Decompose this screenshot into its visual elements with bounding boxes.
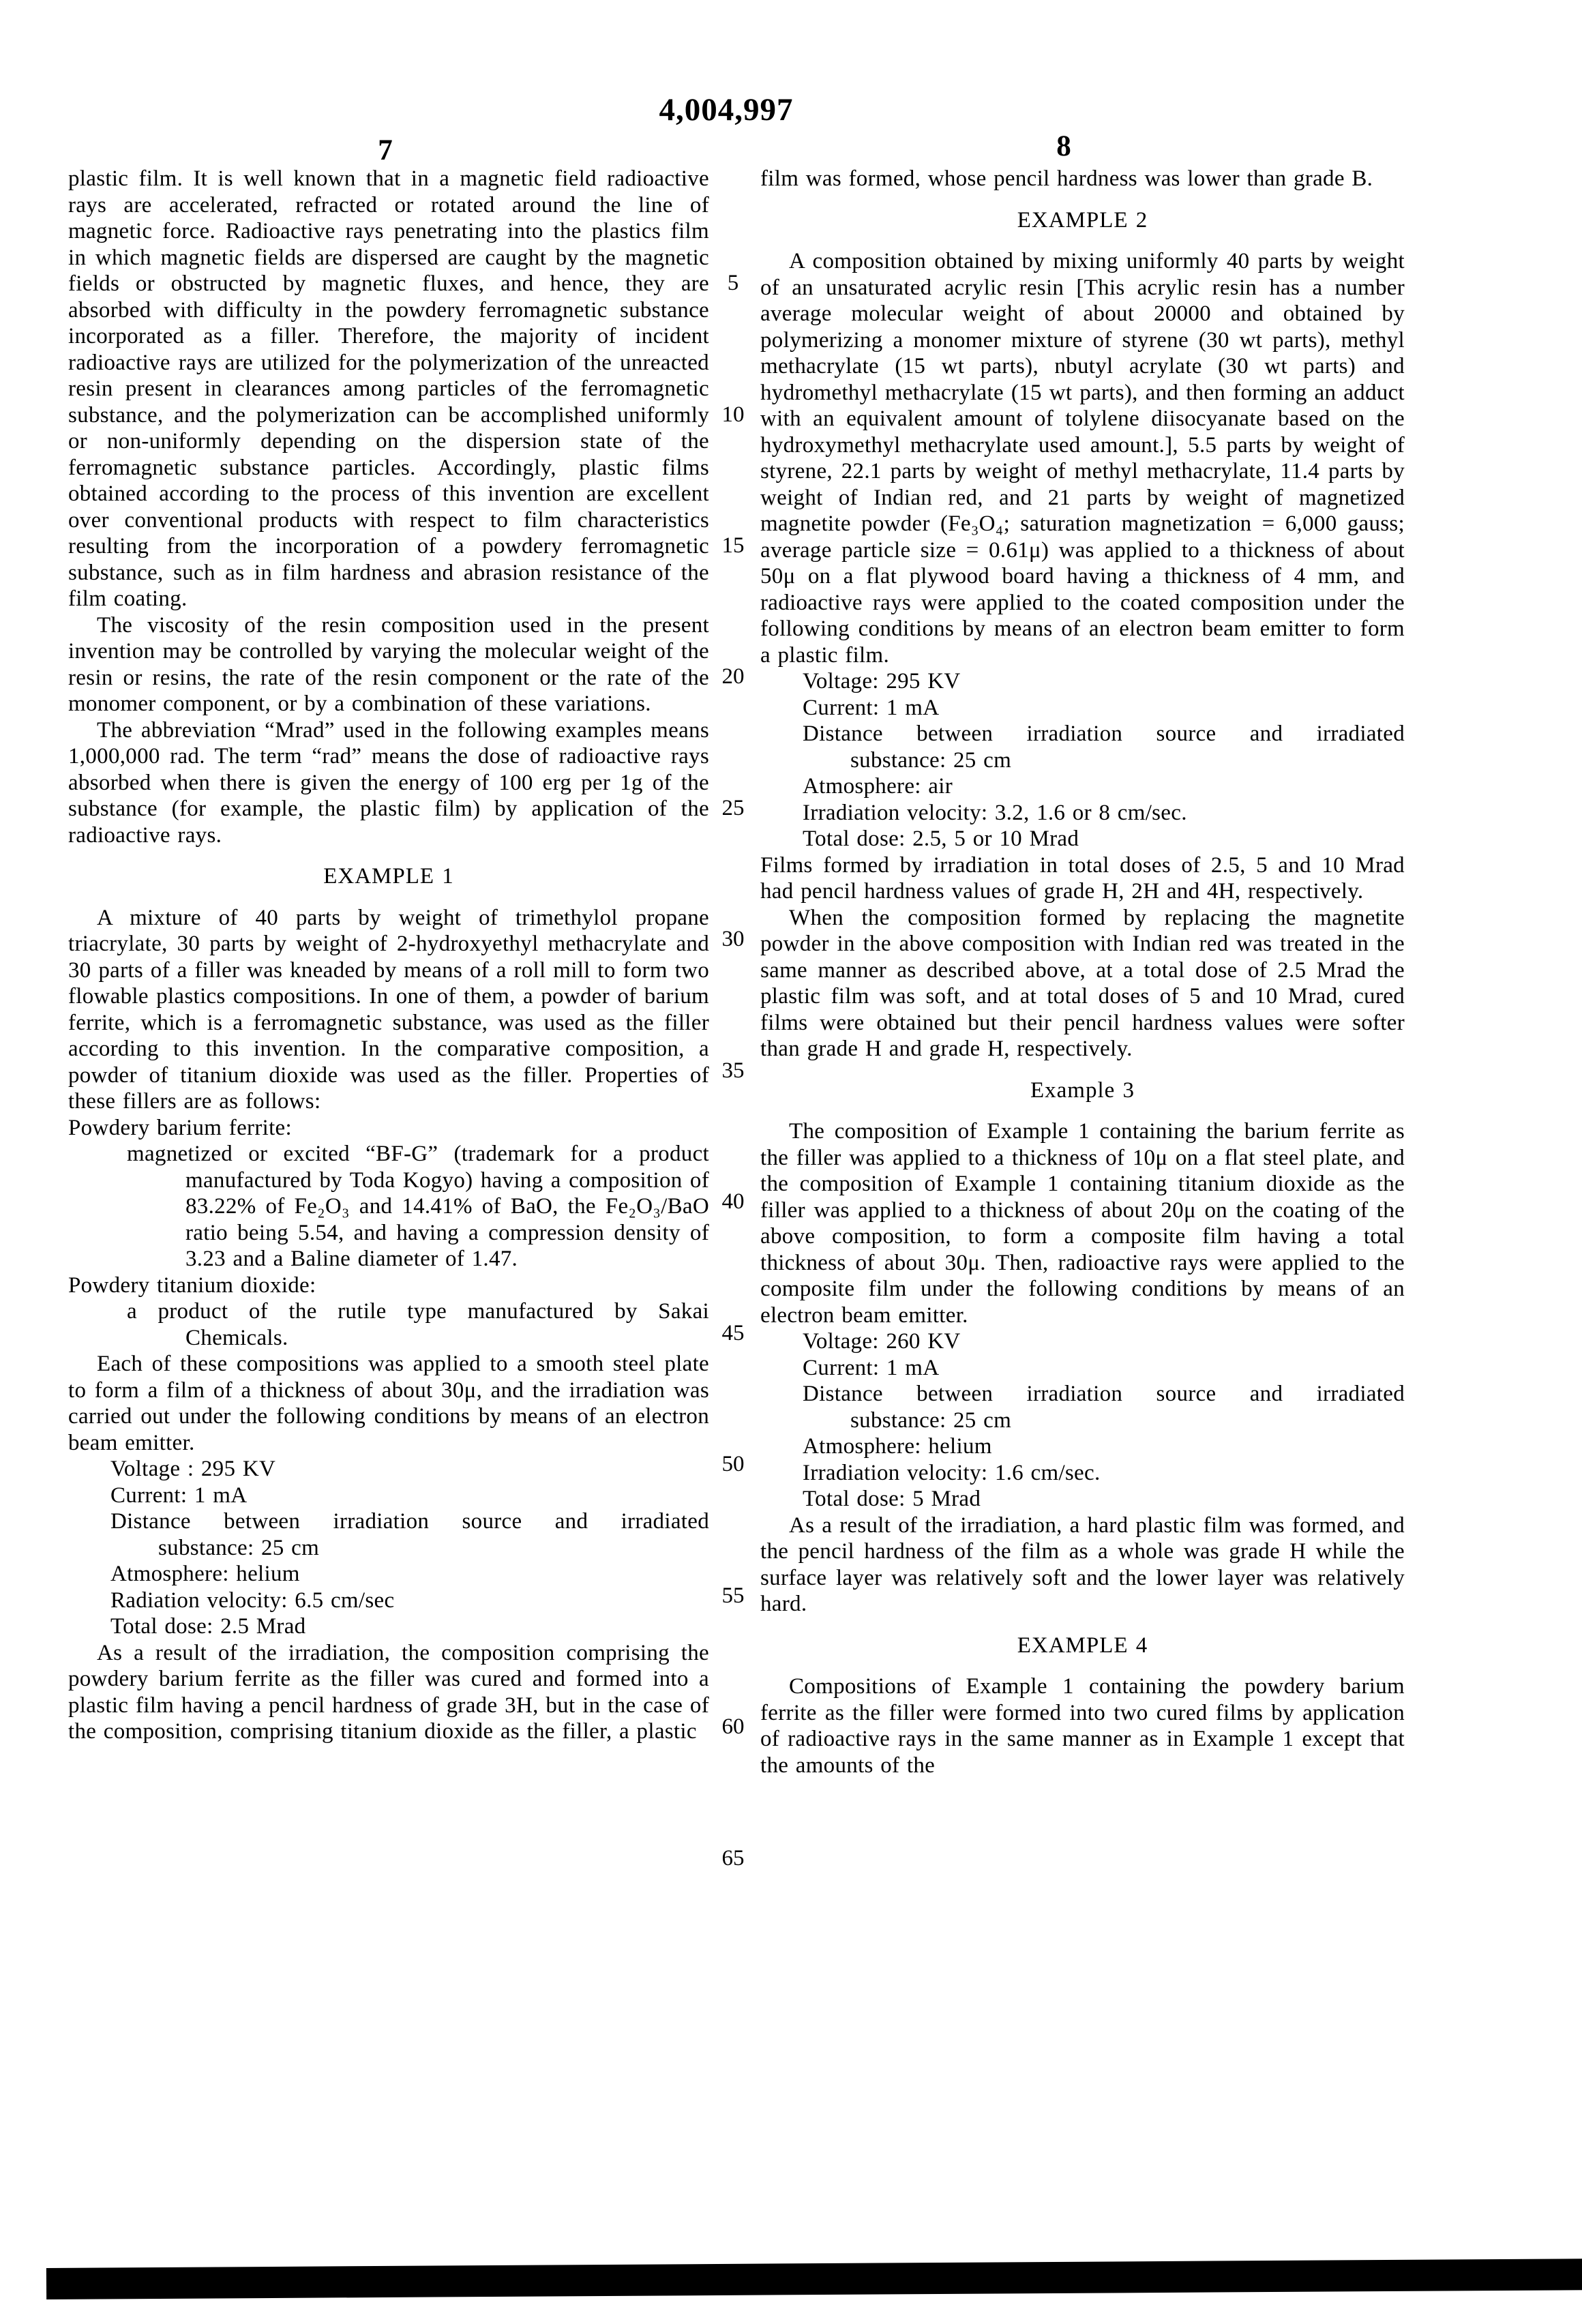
paragraph-application: Each of these compositions was applied t… (68, 1351, 709, 1456)
paragraph-example4: Compositions of Example 1 containing the… (760, 1673, 1405, 1778)
paragraph-composition: A composition obtained by mixing uniform… (760, 248, 1405, 668)
spec-line-atmosphere: Atmosphere: helium (760, 1433, 1405, 1460)
spec-line-voltage: Voltage: 260 KV (760, 1328, 1405, 1355)
line-number: 10 (711, 402, 756, 428)
line-number: 55 (711, 1583, 756, 1609)
line-number: 25 (711, 796, 756, 821)
paragraph-magnetic-field: plastic film. It is well known that in a… (68, 166, 709, 612)
paragraph-mrad-definition: The abbreviation “Mrad” used in the foll… (68, 717, 709, 849)
line-number: 60 (711, 1714, 756, 1740)
left-column: plastic film. It is well known that in a… (68, 166, 709, 1745)
spec-line-current: Current: 1 mA (760, 1355, 1405, 1382)
spec-line-atmosphere: Atmosphere: air (760, 773, 1405, 800)
line-number: 65 (711, 1846, 756, 1871)
spec-line-substance: substance: 25 cm (760, 747, 1405, 774)
spec-line-atmosphere: Atmosphere: helium (68, 1561, 709, 1588)
spec-line-voltage: Voltage : 295 KV (68, 1456, 709, 1483)
spec-line-substance: substance: 25 cm (68, 1535, 709, 1562)
titanium-dioxide-label: Powdery titanium dioxide: (68, 1272, 709, 1299)
paragraph-result3: As a result of the irradiation, a hard p… (760, 1513, 1405, 1618)
spec-line-distance: Distance between irradiation source and … (760, 1381, 1405, 1407)
spec-line-substance: substance: 25 cm (760, 1407, 1405, 1434)
line-number: 15 (711, 533, 756, 558)
spec-line-radiation-velocity: Radiation velocity: 6.5 cm/sec (68, 1588, 709, 1614)
paragraph-viscosity: The viscosity of the resin composition u… (68, 612, 709, 717)
column-number-left: 7 (361, 134, 409, 167)
line-number: 35 (711, 1058, 756, 1084)
line-number: 45 (711, 1321, 756, 1346)
column-number-right: 8 (1040, 130, 1088, 163)
barium-ferrite-description: magnetized or excited “BF-G” (trademark … (68, 1141, 709, 1272)
line-number: 50 (711, 1452, 756, 1477)
paragraph-films-formed: Films formed by irradiation in total dos… (760, 852, 1405, 905)
spec-line-distance: Distance between irradiation source and … (68, 1508, 709, 1535)
spec-line-irradiation-velocity: Irradiation velocity: 1.6 cm/sec. (760, 1460, 1405, 1487)
line-number: 20 (711, 664, 756, 689)
spec-line-distance: Distance between irradiation source and … (760, 721, 1405, 747)
paragraph-indian-red: When the composition formed by replacing… (760, 905, 1405, 1062)
example-4-heading: EXAMPLE 4 (760, 1633, 1405, 1659)
spec-line-total-dose: Total dose: 2.5, 5 or 10 Mrad (760, 826, 1405, 852)
example-1-heading: EXAMPLE 1 (68, 863, 709, 890)
scan-artifact-bar (46, 2259, 1582, 2299)
example-2-heading: EXAMPLE 2 (760, 207, 1405, 234)
spec-line-current: Current: 1 mA (760, 695, 1405, 721)
patent-page: 4,004,997 7 8 5 10 15 20 25 30 35 40 45 … (0, 0, 1582, 2324)
right-column: film was formed, whose pencil hardness w… (760, 166, 1405, 1778)
spec-line-total-dose: Total dose: 2.5 Mrad (68, 1613, 709, 1640)
spec-line-irradiation-velocity: Irradiation velocity: 3.2, 1.6 or 8 cm/s… (760, 800, 1405, 826)
line-number: 30 (711, 927, 756, 952)
line-number: 40 (711, 1189, 756, 1215)
example-3-heading: Example 3 (760, 1077, 1405, 1104)
spec-line-total-dose: Total dose: 5 Mrad (760, 1486, 1405, 1513)
spec-line-voltage: Voltage: 295 KV (760, 668, 1405, 695)
barium-ferrite-label: Powdery barium ferrite: (68, 1115, 709, 1142)
spec-line-current: Current: 1 mA (68, 1483, 709, 1509)
patent-number: 4,004,997 (0, 91, 1452, 128)
paragraph-mixture: A mixture of 40 parts by weight of trime… (68, 905, 709, 1115)
titanium-dioxide-description: a product of the rutile type manufacture… (68, 1298, 709, 1351)
paragraph-result: As a result of the irradiation, the comp… (68, 1640, 709, 1745)
paragraph-film-formed: film was formed, whose pencil hardness w… (760, 166, 1405, 192)
line-number: 5 (711, 271, 756, 296)
paragraph-example3: The composition of Example 1 containing … (760, 1118, 1405, 1328)
